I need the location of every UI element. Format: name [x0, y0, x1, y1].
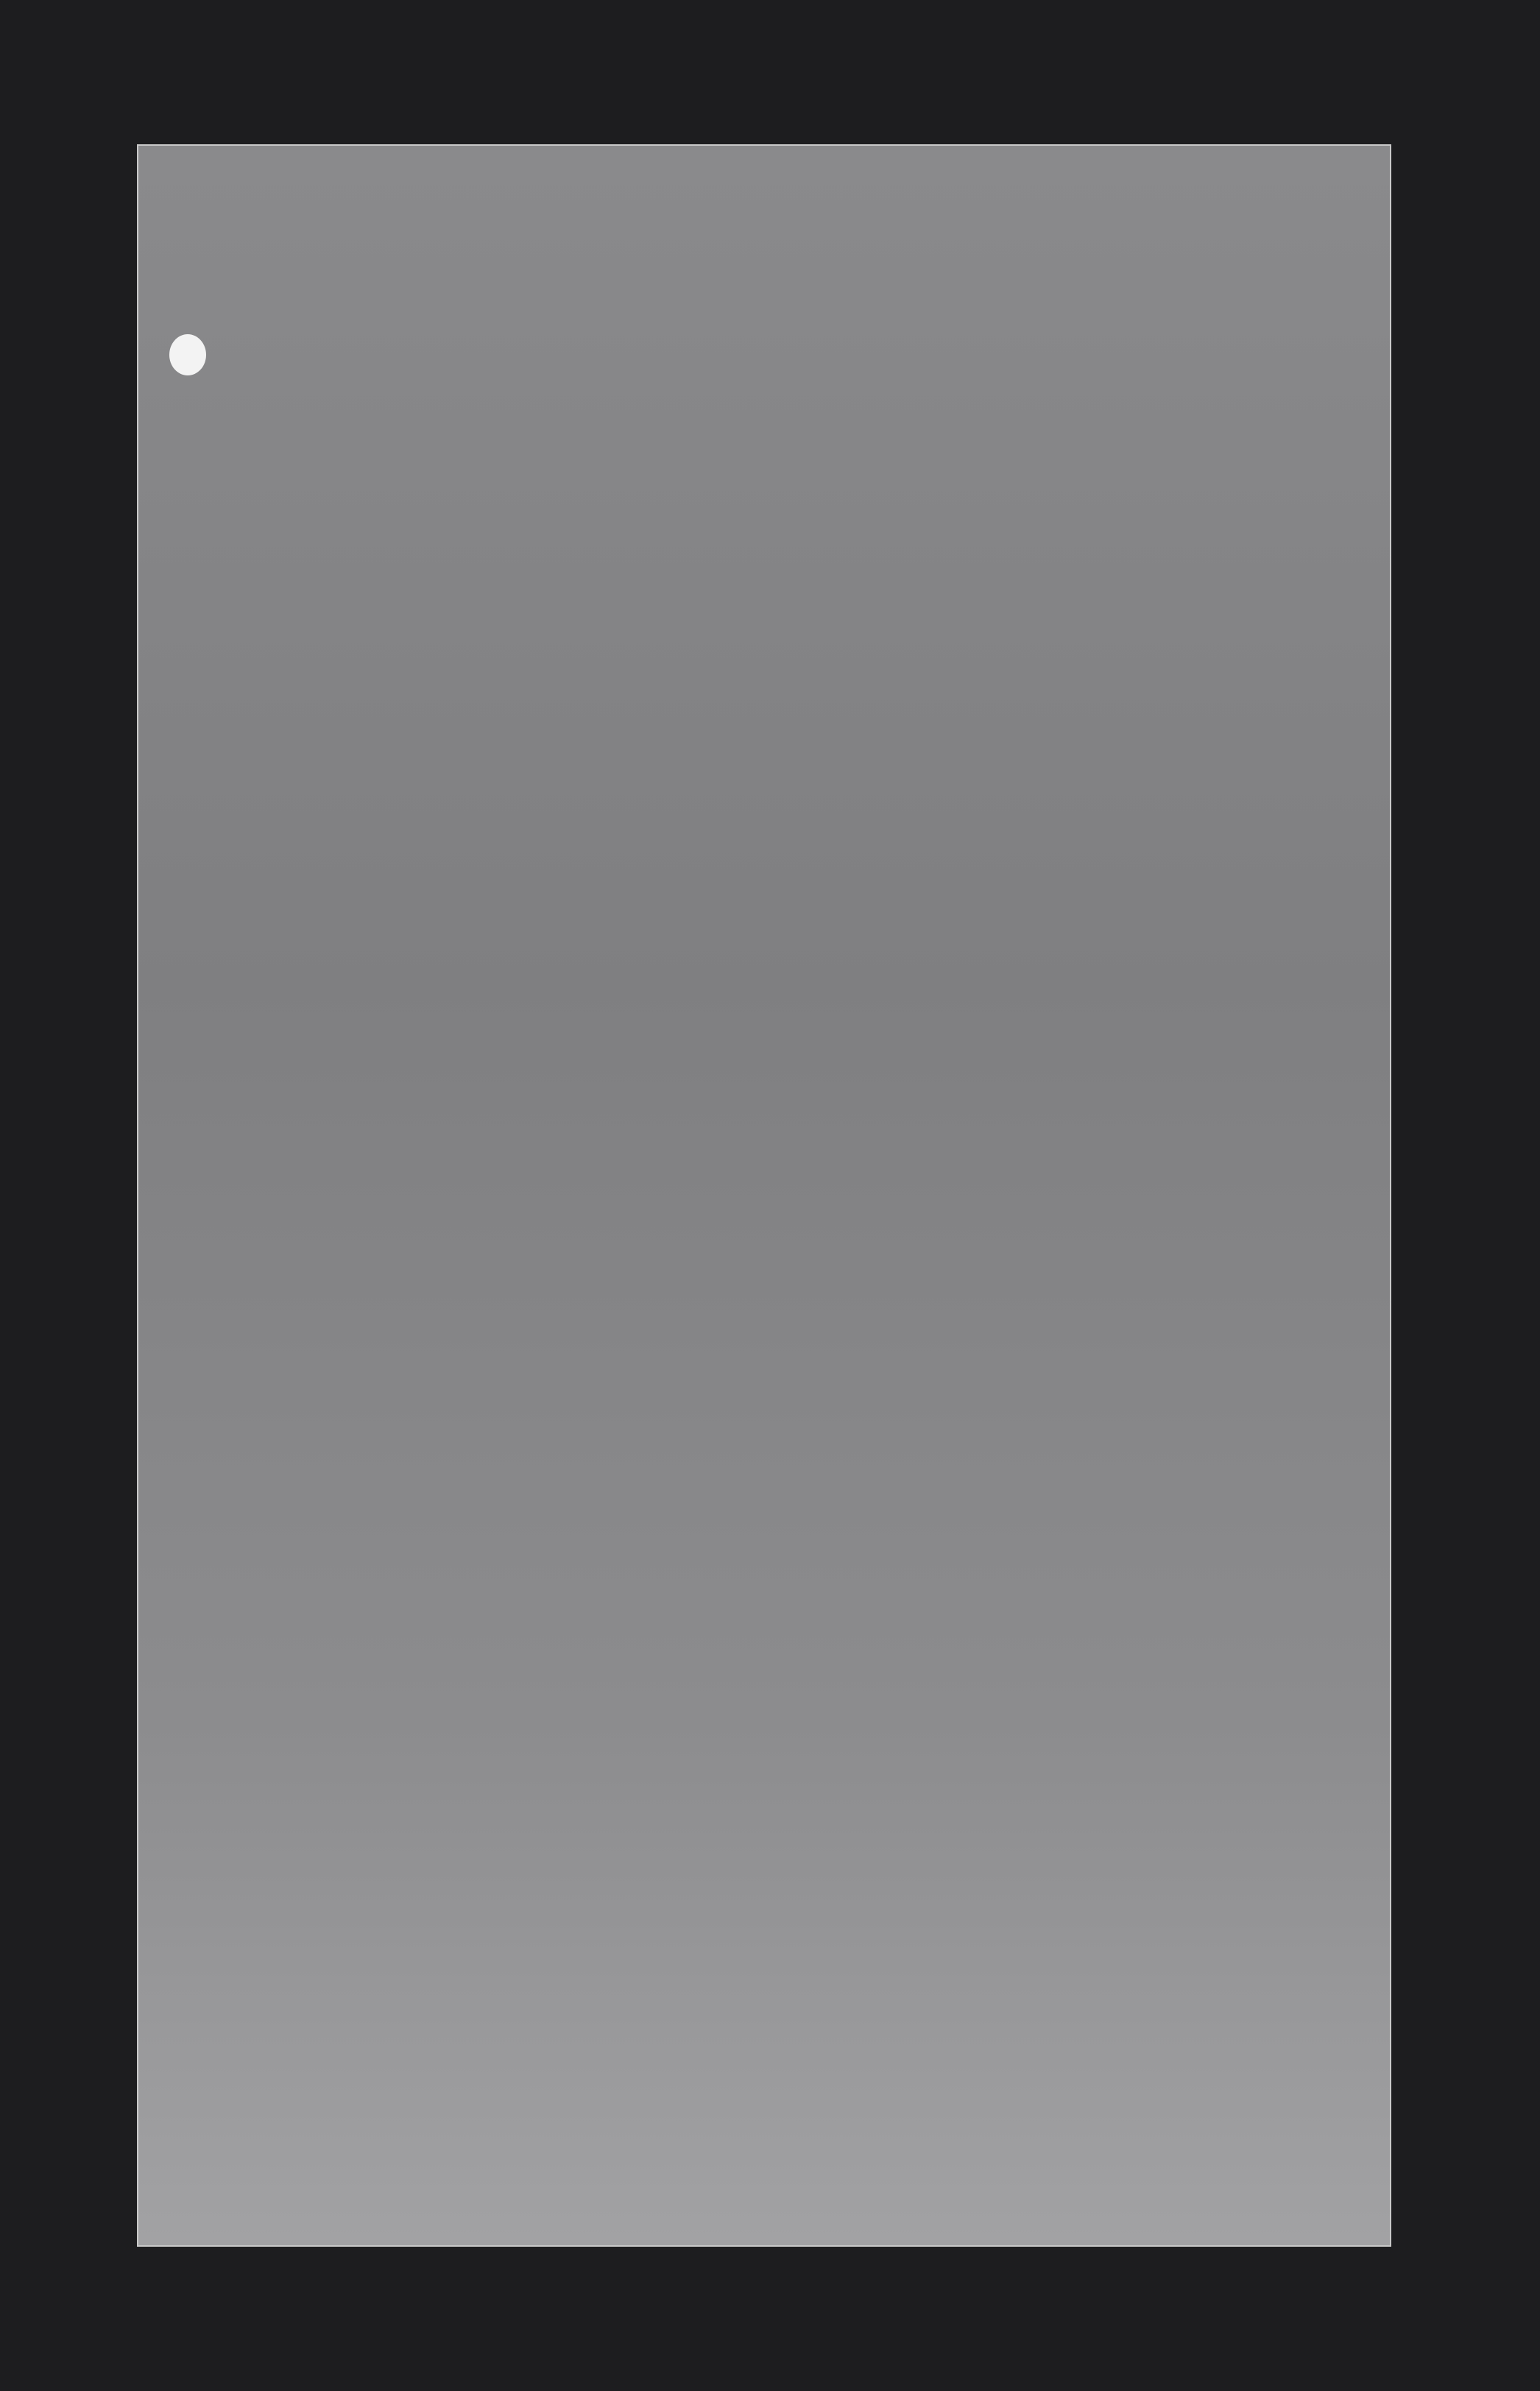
document-page — [137, 144, 1391, 2247]
punch-hole — [169, 334, 206, 375]
